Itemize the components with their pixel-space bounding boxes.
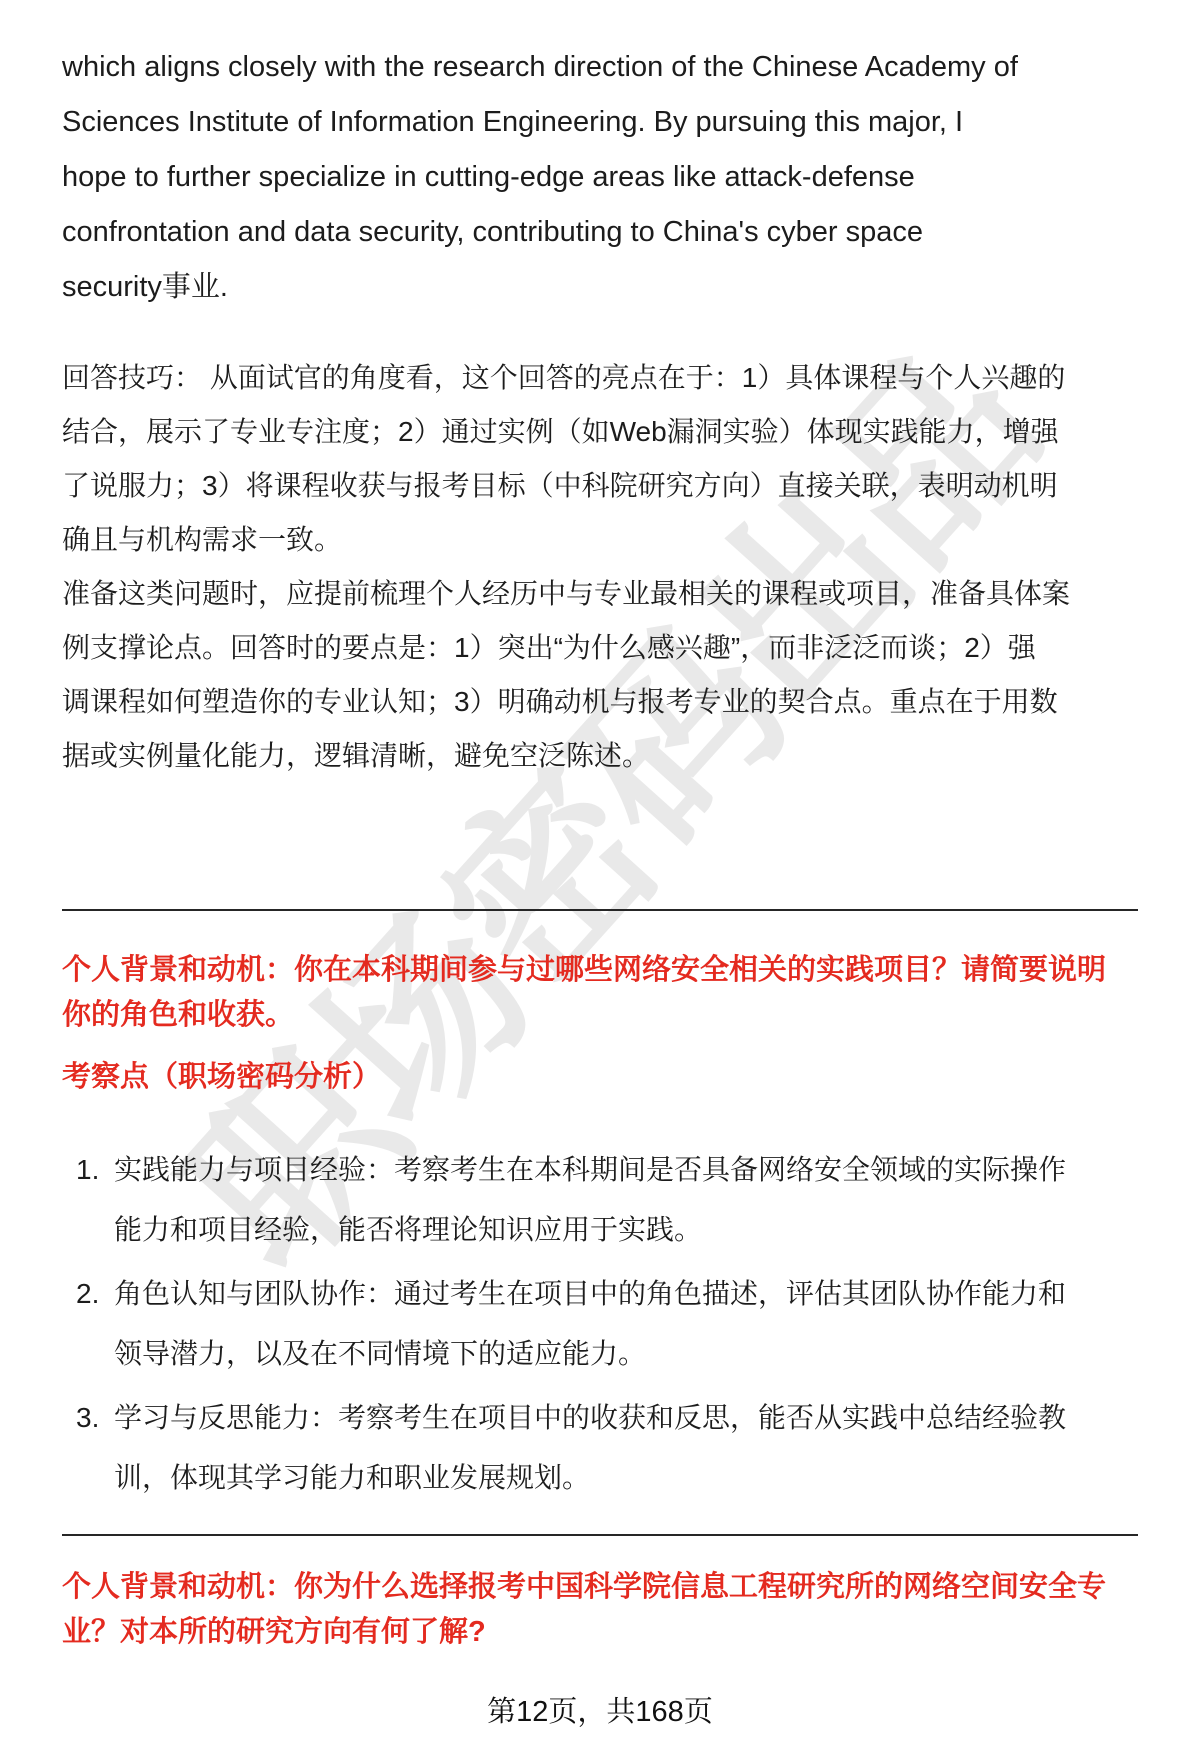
- question-line: 个人背景和动机：你在本科期间参与过哪些网络安全相关的实践项目？请简要说明: [62, 948, 1138, 993]
- list-item-number: 1.: [62, 1140, 114, 1260]
- answer-tips-paragraph: 回答技巧： 从面试官的角度看，这个回答的亮点在于：1）具体课程与个人兴趣的 结合…: [62, 351, 1138, 567]
- page-number-footer: 第12页，共168页: [62, 1692, 1138, 1732]
- list-item-text: 角色认知与团队协作：通过考生在项目中的角色描述，评估其团队协作能力和 领导潜力，…: [114, 1264, 1138, 1384]
- list-item-line: 角色认知与团队协作：通过考生在项目中的角色描述，评估其团队协作能力和: [114, 1264, 1138, 1324]
- paragraph-line: 确且与机构需求一致。: [62, 513, 1138, 567]
- english-paragraph: which aligns closely with the research d…: [62, 40, 1138, 315]
- question-line: 业？对本所的研究方向有何了解?: [62, 1610, 1138, 1655]
- paragraph-line: hope to further specialize in cutting-ed…: [62, 150, 1138, 205]
- heading-line: 考察点（职场密码分析）: [62, 1055, 1138, 1100]
- paragraph-line: 准备这类问题时，应提前梳理个人经历中与专业最相关的课程或项目，准备具体案: [62, 567, 1138, 621]
- list-item: 2. 角色认知与团队协作：通过考生在项目中的角色描述，评估其团队协作能力和 领导…: [62, 1264, 1138, 1384]
- paragraph-line: 回答技巧： 从面试官的角度看，这个回答的亮点在于：1）具体课程与个人兴趣的: [62, 351, 1138, 405]
- question-line: 你的角色和收获。: [62, 993, 1138, 1038]
- paragraph-line: 据或实例量化能力，逻辑清晰，避免空泛陈述。: [62, 729, 1138, 783]
- preparation-paragraph: 准备这类问题时，应提前梳理个人经历中与专业最相关的课程或项目，准备具体案 例支撑…: [62, 567, 1138, 783]
- list-item-line: 领导潜力，以及在不同情境下的适应能力。: [114, 1324, 1138, 1384]
- paragraph-line: 例支撑论点。回答时的要点是：1）突出“为什么感兴趣”，而非泛泛而谈；2）强: [62, 621, 1138, 675]
- list-item-number: 3.: [62, 1388, 114, 1508]
- paragraph-line: confrontation and data security, contrib…: [62, 205, 1138, 260]
- paragraph-line: 结合，展示了专业专注度；2）通过实例（如Web漏洞实验）体现实践能力，增强: [62, 405, 1138, 459]
- section-divider: [62, 909, 1138, 911]
- question-heading-1: 个人背景和动机：你在本科期间参与过哪些网络安全相关的实践项目？请简要说明 你的角…: [62, 948, 1138, 1038]
- list-item-text: 学习与反思能力：考察考生在项目中的收获和反思，能否从实践中总结经验教 训，体现其…: [114, 1388, 1138, 1508]
- question-heading-2: 个人背景和动机：你为什么选择报考中国科学院信息工程研究所的网络空间安全专 业？对…: [62, 1565, 1138, 1655]
- paragraph-line: which aligns closely with the research d…: [62, 40, 1138, 95]
- document-page: which aligns closely with the research d…: [62, 0, 1138, 1732]
- exam-points-heading: 考察点（职场密码分析）: [62, 1055, 1138, 1100]
- list-item-text: 实践能力与项目经验：考察考生在本科期间是否具备网络安全领域的实际操作 能力和项目…: [114, 1140, 1138, 1260]
- section-divider: [62, 1534, 1138, 1536]
- paragraph-line: 调课程如何塑造你的专业认知；3）明确动机与报考专业的契合点。重点在于用数: [62, 675, 1138, 729]
- list-item-number: 2.: [62, 1264, 114, 1384]
- list-item-line: 能力和项目经验，能否将理论知识应用于实践。: [114, 1200, 1138, 1260]
- paragraph-line: 了说服力；3）将课程收获与报考目标（中科院研究方向）直接关联，表明动机明: [62, 459, 1138, 513]
- paragraph-line: Sciences Institute of Information Engine…: [62, 95, 1138, 150]
- list-item: 3. 学习与反思能力：考察考生在项目中的收获和反思，能否从实践中总结经验教 训，…: [62, 1388, 1138, 1508]
- question-line: 个人背景和动机：你为什么选择报考中国科学院信息工程研究所的网络空间安全专: [62, 1565, 1138, 1610]
- list-item: 1. 实践能力与项目经验：考察考生在本科期间是否具备网络安全领域的实际操作 能力…: [62, 1140, 1138, 1260]
- list-item-line: 训，体现其学习能力和职业发展规划。: [114, 1448, 1138, 1508]
- paragraph-line: security事业.: [62, 260, 1138, 315]
- list-item-line: 实践能力与项目经验：考察考生在本科期间是否具备网络安全领域的实际操作: [114, 1140, 1138, 1200]
- list-item-line: 学习与反思能力：考察考生在项目中的收获和反思，能否从实践中总结经验教: [114, 1388, 1138, 1448]
- exam-points-list: 1. 实践能力与项目经验：考察考生在本科期间是否具备网络安全领域的实际操作 能力…: [62, 1140, 1138, 1508]
